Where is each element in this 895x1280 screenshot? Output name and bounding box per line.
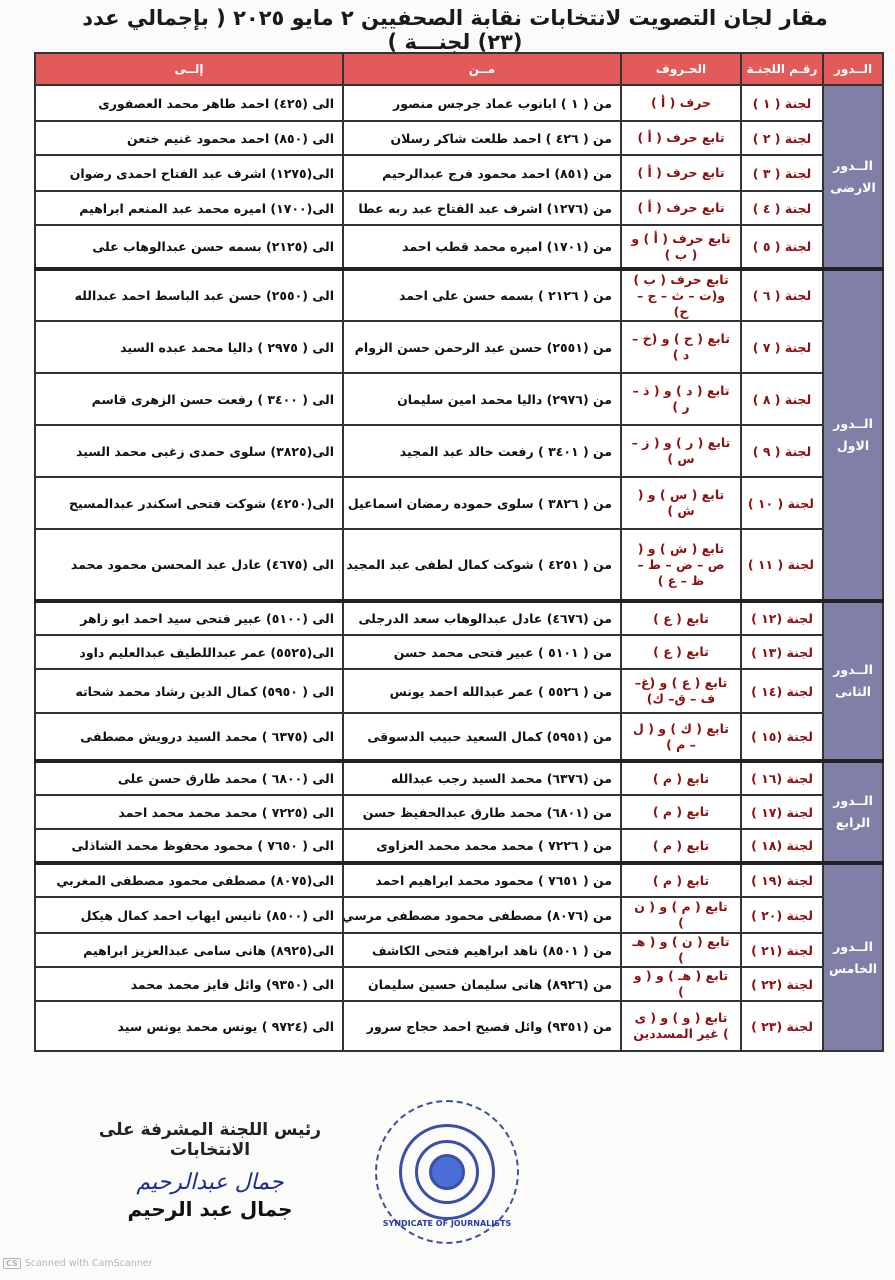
table-row: لجنة (٢١ )تابع ( ن ) و ( هـ )من ( ٨٥٠١) …: [35, 933, 883, 967]
letters-cell: تابع حرف ( أ ) و ( ب ): [621, 225, 741, 269]
from-cell: من ( ٢١٢٦ ) بسمه حسن على احمد: [343, 269, 621, 321]
table-row: لجنة ( ٣ )تابع حرف ( أ )من (٨٥١) احمد مح…: [35, 155, 883, 191]
from-cell: من ( ٨٥٠١) ناهد ابراهيم فتحى الكاشف: [343, 933, 621, 967]
letters-cell: تابع ( س ) و ( ش ): [621, 477, 741, 529]
letters-cell: تابع ( ع ): [621, 635, 741, 669]
to-cell: الى(٣٨٢٥) سلوى حمدى زغبى محمد السيد: [35, 425, 343, 477]
to-cell: الى(٨٩٢٥) هانى سامى عبدالعزيز ابراهيم: [35, 933, 343, 967]
from-cell: من ( ٥١٠١ ) عبير فتحى محمد حسن: [343, 635, 621, 669]
committee-cell: لجنة (١٧ ): [741, 795, 823, 829]
table-row: لجنة ( ٢ )تابع حرف ( أ )من ( ٤٢٦ ) احمد …: [35, 121, 883, 155]
committee-cell: لجنة ( ٣ ): [741, 155, 823, 191]
from-cell: من ( ٧٢٢٦ ) محمد محمد محمد العزاوى: [343, 829, 621, 863]
committee-cell: لجنة (١٢ ): [741, 601, 823, 635]
header-committee: رقـم اللجنـة: [741, 53, 823, 85]
table-row: لجنة (١٨ )تابع ( م )من ( ٧٢٢٦ ) محمد محم…: [35, 829, 883, 863]
committee-cell: لجنة ( ٦ ): [741, 269, 823, 321]
committee-cell: لجنة ( ٨ ): [741, 373, 823, 425]
committee-cell: لجنة ( ٤ ): [741, 191, 823, 225]
committee-cell: لجنة ( ٧ ): [741, 321, 823, 373]
committee-cell: لجنة ( ١ ): [741, 85, 823, 121]
letters-cell: تابع حرف ( أ ): [621, 155, 741, 191]
header-to: إلــى: [35, 53, 343, 85]
to-cell: الى (٥١٠٠) عبير فتحى سيد احمد ابو زاهر: [35, 601, 343, 635]
from-cell: من (٨٩٢٦) هانى سليمان حسين سليمان: [343, 967, 621, 1001]
table-body: الــدور الارضىلجنة ( ١ )حرف ( أ )من ( ١ …: [35, 85, 883, 1051]
committee-cell: لجنة (٢٠ ): [741, 897, 823, 933]
committee-cell: لجنة ( ١٠ ): [741, 477, 823, 529]
syndicate-stamp: SYNDICATE OF JOURNALISTS: [375, 1100, 519, 1244]
floor-cell: الــدور الثانى: [823, 601, 883, 761]
from-cell: من ( ٣٨٢٦ ) سلوى حموده رمضان اسماعيل: [343, 477, 621, 529]
from-cell: من (٢٩٧٦) داليا محمد امين سليمان: [343, 373, 621, 425]
from-cell: من (٦٣٧٦) محمد السيد رجب عبدالله: [343, 761, 621, 795]
committee-cell: لجنة (٢٣ ): [741, 1001, 823, 1051]
letters-cell: تابع ( د ) و ( ذ – ر ): [621, 373, 741, 425]
from-cell: من ( ٧٦٥١ ) محمود محمد ابراهيم احمد: [343, 863, 621, 897]
header-letters: الحـروف: [621, 53, 741, 85]
to-cell: الى (٧٢٢٥ ) محمد محمد محمد احمد: [35, 795, 343, 829]
to-cell: الى (٤٢٥) احمد طاهر محمد العصفورى: [35, 85, 343, 121]
table-row: لجنة ( ٤ )تابع حرف ( أ )من (١٢٧٦) اشرف ع…: [35, 191, 883, 225]
letters-cell: تابع ( ر ) و ( ز – س ): [621, 425, 741, 477]
watermark-text: Scanned with CamScanner: [25, 1258, 153, 1269]
signatory-name: جمال عبد الرحيم: [60, 1197, 360, 1221]
to-cell: الى (٩٧٢٤ ) يونس محمد يونس سيد: [35, 1001, 343, 1051]
table-row: لجنة (٢٣ )تابع ( و ) و ( ى ) غير المسددي…: [35, 1001, 883, 1051]
to-cell: الى (٨٥٠) احمد محمود غنيم ختعن: [35, 121, 343, 155]
from-cell: من (٥٩٥١) كمال السعيد حبيب الدسوقى: [343, 713, 621, 761]
committee-cell: لجنة (١٥ ): [741, 713, 823, 761]
to-cell: الى ( ٧٦٥٠ ) محمود محفوظ محمد الشاذلى: [35, 829, 343, 863]
floor-cell: الــدور الارضى: [823, 85, 883, 269]
letters-cell: تابع حرف ( أ ): [621, 121, 741, 155]
floor-cell: الــدور الاول: [823, 269, 883, 601]
table-row: لجنة ( ٨ )تابع ( د ) و ( ذ – ر )من (٢٩٧٦…: [35, 373, 883, 425]
from-cell: من (٢٥٥١) حسن عبد الرحمن حسن الزوام: [343, 321, 621, 373]
to-cell: الى(١٢٧٥) اشرف عبد الفتاح احمدى رضوان: [35, 155, 343, 191]
to-cell: الى (٦٨٠٠ ) محمد طارق حسن على: [35, 761, 343, 795]
table-row: لجنة ( ٥ )تابع حرف ( أ ) و ( ب )من (١٧٠١…: [35, 225, 883, 269]
committee-cell: لجنة ( ٩ ): [741, 425, 823, 477]
table-row: الــدور الارضىلجنة ( ١ )حرف ( أ )من ( ١ …: [35, 85, 883, 121]
letters-cell: تابع ( هـ ) و ( و ): [621, 967, 741, 1001]
to-cell: الى ( ٣٤٠٠ ) رفعت حسن الزهرى قاسم: [35, 373, 343, 425]
committee-cell: لجنة (١٩ ): [741, 863, 823, 897]
letters-cell: تابع ( ن ) و ( هـ ): [621, 933, 741, 967]
floor-cell: الــدور الرابع: [823, 761, 883, 863]
committee-cell: لجنة (٢٢ ): [741, 967, 823, 1001]
to-cell: الى (٩٣٥٠) وائل فايز محمد محمد: [35, 967, 343, 1001]
table-row: الــدور الثانىلجنة (١٢ )تابع ( ع )من (٤٦…: [35, 601, 883, 635]
from-cell: من ( ١ ) ابانوب عماد جرجس منصور: [343, 85, 621, 121]
header-floor: الــدور: [823, 53, 883, 85]
committees-table: الــدور رقـم اللجنـة الحـروف مــن إلــى …: [34, 52, 884, 1052]
letters-cell: تابع ( م ): [621, 829, 741, 863]
signatory-role: رئيس اللجنة المشرفة على الانتخابات: [60, 1120, 360, 1160]
to-cell: الى (٢١٢٥) بسمه حسن عبدالوهاب على: [35, 225, 343, 269]
letters-cell: تابع حرف ( أ ): [621, 191, 741, 225]
from-cell: من (١٢٧٦) اشرف عبد الفتاح عبد ربه عطا: [343, 191, 621, 225]
to-cell: الى(١٧٠٠) اميره محمد عبد المنعم ابراهيم: [35, 191, 343, 225]
letters-cell: تابع ( ع ): [621, 601, 741, 635]
table-row: لجنة (١٥ )تابع ( ك ) و ( ل – م )من (٥٩٥١…: [35, 713, 883, 761]
to-cell: الى (٨٥٠٠) نانيس ايهاب احمد كمال هيكل: [35, 897, 343, 933]
committee-cell: لجنة (١٨ ): [741, 829, 823, 863]
table-row: لجنة (٢٢ )تابع ( هـ ) و ( و )من (٨٩٢٦) ه…: [35, 967, 883, 1001]
from-cell: من (١٧٠١) اميره محمد قطب احمد: [343, 225, 621, 269]
table-header-row: الــدور رقـم اللجنـة الحـروف مــن إلــى: [35, 53, 883, 85]
letters-cell: تابع ( ع ) و (غ– ف – ق– ك): [621, 669, 741, 713]
committee-cell: لجنة (١٣ ): [741, 635, 823, 669]
camscanner-icon: CS: [3, 1258, 21, 1269]
letters-cell: تابع ( م ): [621, 761, 741, 795]
from-cell: من (٤٦٧٦) عادل عبدالوهاب سعد الدرجلى: [343, 601, 621, 635]
letters-cell: تابع ( ك ) و ( ل – م ): [621, 713, 741, 761]
from-cell: من (٦٨٠١) محمد طارق عبدالحفيظ حسن: [343, 795, 621, 829]
to-cell: الى(٨٠٧٥) مصطفى محمود مصطفى المغربي: [35, 863, 343, 897]
stamp-text: SYNDICATE OF JOURNALISTS: [377, 1219, 517, 1228]
table-row: لجنة (١٣ )تابع ( ع )من ( ٥١٠١ ) عبير فتح…: [35, 635, 883, 669]
letters-cell: تابع ( م ): [621, 795, 741, 829]
committee-cell: لجنة (١٦ ): [741, 761, 823, 795]
letters-cell: تابع ( و ) و ( ى ) غير المسددين: [621, 1001, 741, 1051]
to-cell: الى ( ٢٩٧٥ ) داليا محمد عبده السيد: [35, 321, 343, 373]
committee-cell: لجنة (١٤ ): [741, 669, 823, 713]
committee-cell: لجنة (٢١ ): [741, 933, 823, 967]
committee-cell: لجنة ( ٢ ): [741, 121, 823, 155]
to-cell: الى (٦٣٧٥ ) محمد السيد درويش مصطفى: [35, 713, 343, 761]
table-row: لجنة ( ٧ )تابع ( ح ) و (خ – د )من (٢٥٥١)…: [35, 321, 883, 373]
table-row: لجنة (١٤ )تابع ( ع ) و (غ– ف – ق– ك)من (…: [35, 669, 883, 713]
from-cell: من ( ٣٤٠١ ) رفعت خالد عبد المجيد: [343, 425, 621, 477]
to-cell: الى ( ٥٩٥٠) كمال الدين رشاد محمد شحاته: [35, 669, 343, 713]
table-row: لجنة (١٧ )تابع ( م )من (٦٨٠١) محمد طارق …: [35, 795, 883, 829]
letters-cell: تابع ( م ): [621, 863, 741, 897]
signature-block: رئيس اللجنة المشرفة على الانتخابات جمال …: [60, 1120, 360, 1221]
to-cell: الى(٤٢٥٠) شوكت فتحى اسكندر عبدالمسيح: [35, 477, 343, 529]
from-cell: من ( ٤٢٥١ ) شوكت كمال لطفى عبد المجيد: [343, 529, 621, 601]
letters-cell: تابع حرف ( ب ) و(ت – ث – ج – ح): [621, 269, 741, 321]
header-from: مــن: [343, 53, 621, 85]
table-row: لجنة ( ١٠ )تابع ( س ) و ( ش )من ( ٣٨٢٦ )…: [35, 477, 883, 529]
from-cell: من ( ٤٢٦ ) احمد طلعت شاكر رسلان: [343, 121, 621, 155]
committee-cell: لجنة ( ٥ ): [741, 225, 823, 269]
from-cell: من (٨٠٧٦) مصطفى محمود مصطفى مرسي: [343, 897, 621, 933]
scanner-watermark: CS Scanned with CamScanner: [3, 1258, 153, 1269]
to-cell: الى(٥٥٢٥) عمر عبداللطيف عبدالعليم داود: [35, 635, 343, 669]
from-cell: من (٨٥١) احمد محمود فرج عبدالرحيم: [343, 155, 621, 191]
letters-cell: تابع ( ح ) و (خ – د ): [621, 321, 741, 373]
table-row: لجنة ( ٩ )تابع ( ر ) و ( ز – س )من ( ٣٤٠…: [35, 425, 883, 477]
table-row: الــدور الاوللجنة ( ٦ )تابع حرف ( ب ) و(…: [35, 269, 883, 321]
letters-cell: حرف ( أ ): [621, 85, 741, 121]
table-row: الــدور الرابعلجنة (١٦ )تابع ( م )من (٦٣…: [35, 761, 883, 795]
to-cell: الى (٤٦٧٥) عادل عبد المحسن محمود محمد: [35, 529, 343, 601]
committee-cell: لجنة ( ١١ ): [741, 529, 823, 601]
table-row: لجنة (٢٠ )تابع ( م ) و ( ن )من (٨٠٧٦) مص…: [35, 897, 883, 933]
handwritten-signature: جمال عبدالرحيم: [60, 1170, 360, 1195]
from-cell: من (٩٣٥١) وائل فصيح احمد حجاج سرور: [343, 1001, 621, 1051]
letters-cell: تابع ( م ) و ( ن ): [621, 897, 741, 933]
table-row: لجنة ( ١١ )تابع ( ش ) و ( ص – ض – ط – ظ …: [35, 529, 883, 601]
to-cell: الى (٢٥٥٠) حسن عبد الباسط احمد عبدالله: [35, 269, 343, 321]
floor-cell: الــدور الخامس: [823, 863, 883, 1051]
from-cell: من ( ٥٥٢٦ ) عمر عبدالله احمد يونس: [343, 669, 621, 713]
table-row: الــدور الخامسلجنة (١٩ )تابع ( م )من ( ٧…: [35, 863, 883, 897]
letters-cell: تابع ( ش ) و ( ص – ض – ط – ظ – ع ): [621, 529, 741, 601]
